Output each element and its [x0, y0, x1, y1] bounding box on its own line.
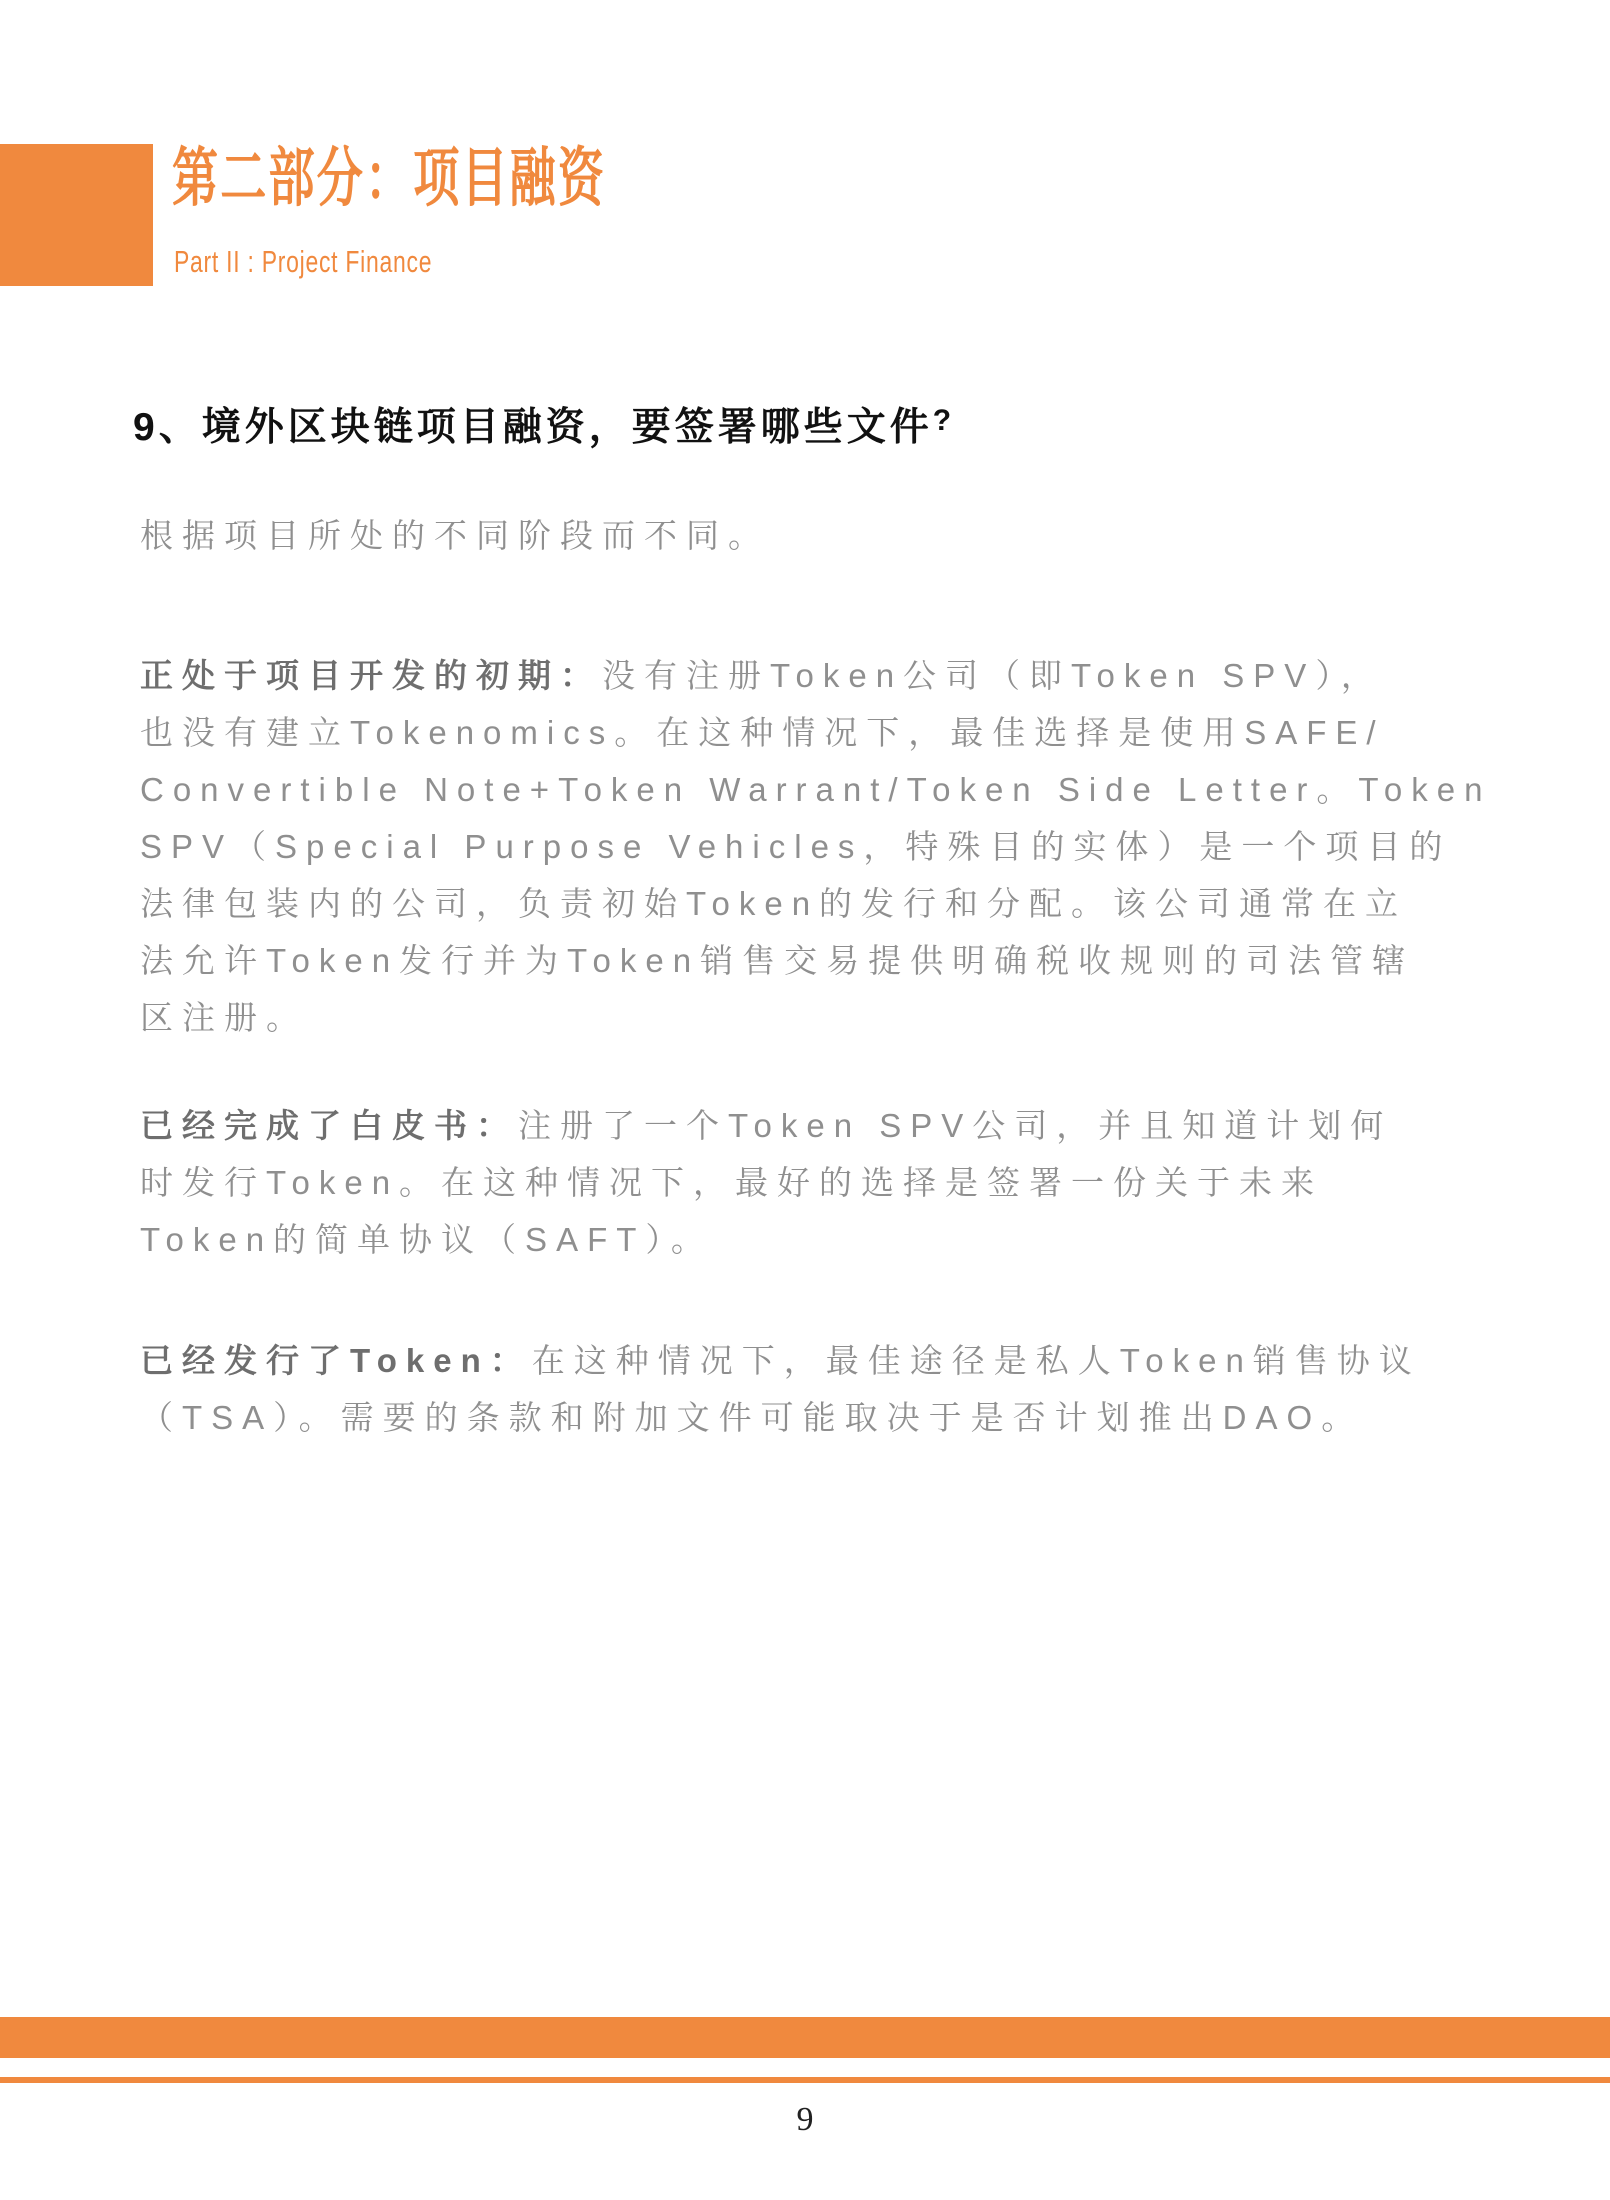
- text-line: 法允许Token发行并为Token销售交易提供明确税收规则的司法管辖: [140, 932, 1491, 989]
- footer-accent-line: [0, 2077, 1610, 2083]
- text-line: SPV（Special Purpose Vehicles，特殊目的实体）是一个项…: [140, 818, 1491, 875]
- text-line: 区注册。: [140, 989, 1491, 1046]
- text-line: 时发行Token。在这种情况下，最好的选择是签署一份关于未来: [140, 1154, 1392, 1211]
- text-line: 已经完成了白皮书：注册了一个Token SPV公司，并且知道计划何: [140, 1097, 1392, 1154]
- question-heading-text: 9、境外区块链项目融资，要签署哪些文件: [133, 406, 933, 449]
- text-line: Token的简单协议（SAFT）。: [140, 1211, 1392, 1268]
- text-line: 正处于项目开发的初期：没有注册Token公司（即Token SPV），: [140, 647, 1491, 704]
- page-title: 第二部分：项目融资: [172, 140, 606, 216]
- text-line: 已经发行了Token：在这种情况下，最佳途径是私人Token销售协议: [140, 1332, 1421, 1389]
- paragraph-early-stage: 正处于项目开发的初期：没有注册Token公司（即Token SPV）， 也没有建…: [140, 647, 1491, 1046]
- page-subtitle: Part II : Project Finance: [174, 243, 432, 281]
- section-accent-block: [0, 144, 153, 286]
- lead-text: 正处于项目开发的初期：: [140, 657, 602, 694]
- paragraph-whitepaper-done: 已经完成了白皮书：注册了一个Token SPV公司，并且知道计划何 时发行Tok…: [140, 1097, 1392, 1268]
- text-line: 也没有建立Tokenomics。在这种情况下，最佳选择是使用SAFE/: [140, 704, 1491, 761]
- question-heading-superscript: ?: [933, 404, 951, 437]
- page-number: 9: [0, 2100, 1610, 2140]
- paragraph-stage-intro: 根据项目所处的不同阶段而不同。: [140, 507, 770, 564]
- paragraph-token-issued: 已经发行了Token：在这种情况下，最佳途径是私人Token销售协议 （TSA）…: [140, 1332, 1421, 1446]
- question-heading: 9、境外区块链项目融资，要签署哪些文件?: [133, 396, 951, 453]
- text-line: 根据项目所处的不同阶段而不同。: [140, 507, 770, 564]
- text-line: Convertible Note+Token Warrant/Token Sid…: [140, 761, 1491, 818]
- text-line: （TSA）。需要的条款和附加文件可能取决于是否计划推出DAO。: [140, 1389, 1421, 1446]
- text-line: 法律包装内的公司，负责初始Token的发行和分配。该公司通常在立: [140, 875, 1491, 932]
- footer-accent-bar: [0, 2017, 1610, 2058]
- lead-text: 已经发行了Token：: [140, 1342, 532, 1379]
- lead-text: 已经完成了白皮书：: [140, 1107, 518, 1144]
